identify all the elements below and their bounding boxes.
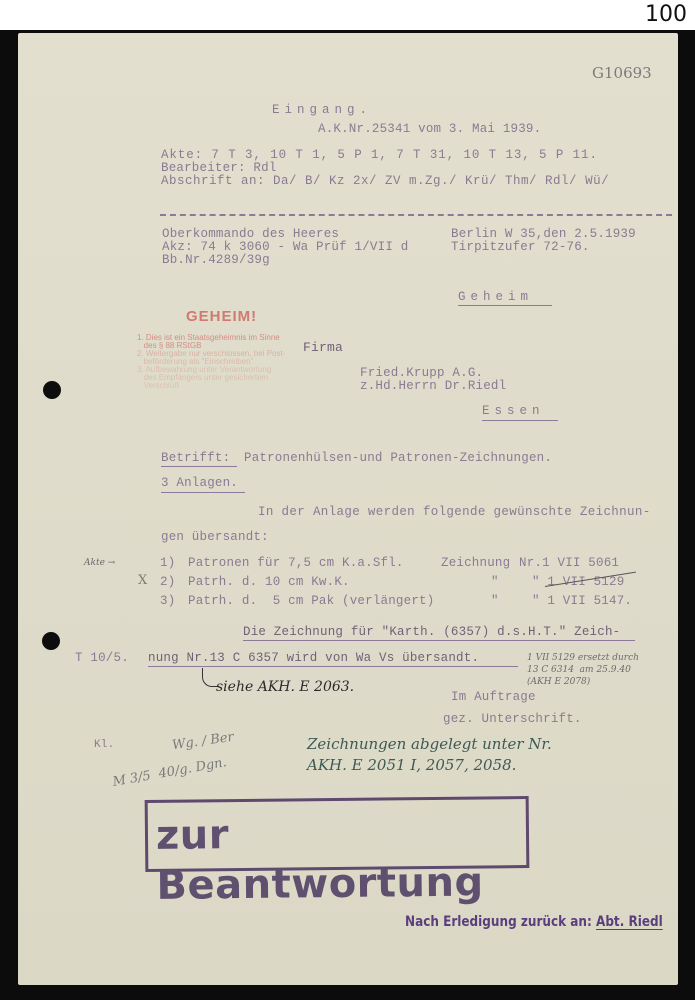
recipient-line-1: Fried.Krupp A.G.: [360, 366, 483, 380]
note-line-2: nung Nr.13 C 6357 wird von Wa Vs übersan…: [148, 651, 479, 665]
page-number: 100: [645, 2, 687, 27]
return-stamp-text: Nach Erledigung zurück an:: [405, 914, 596, 930]
note-line-1-underline: [243, 640, 635, 641]
return-stamp: Nach Erledigung zurück an: Abt. Riedl: [405, 914, 663, 930]
receipt-title: Eingang.: [272, 103, 372, 117]
receipt-copies: Abschrift an: Da/ B/ Kz 2x/ ZV m.Zg./ Kr…: [161, 174, 609, 188]
body-line-2: gen übersandt:: [161, 530, 269, 544]
filing-note-1: Zeichnungen abgelegt unter Nr.: [307, 735, 552, 753]
archive-reference: G10693: [592, 64, 652, 82]
margin-handwriting-3: (AKH E 2078): [527, 677, 590, 687]
return-stamp-department: Abt. Riedl: [596, 914, 663, 930]
recipient-city: Essen: [482, 404, 545, 418]
item-1-drawing-number: Nr.1 VII 5061: [519, 556, 619, 570]
margin-cross-mark: X: [138, 573, 147, 588]
secret-stamp-body: 1. Dies ist ein Staatsgeheimnis im Sinne…: [137, 326, 285, 390]
secret-stamp-line-7: Verschluß: [137, 381, 179, 390]
signature-line-1: Im Auftrage: [451, 690, 536, 704]
item-2-number: 2): [160, 575, 175, 589]
item-2-ditto: ": [491, 575, 499, 589]
header-divider: [160, 214, 672, 216]
recipient-line-2: z.Hd.Herrn Dr.Riedl: [360, 379, 506, 393]
note-line-1: Die Zeichnung für "Karth. (6357) d.s.H.T…: [243, 625, 620, 639]
reply-stamp: zur Beantwortung: [145, 796, 530, 872]
attachments-underline: [161, 492, 245, 493]
city-underline: [482, 420, 558, 421]
body-line-1: In der Anlage werden folgende gewünschte…: [258, 505, 651, 519]
item-1-number: 1): [160, 556, 175, 570]
signature-line-2: gez. Unterschrift.: [443, 712, 582, 726]
item-3-description: Patrh. d. 5 cm Pak (verlängert): [188, 594, 434, 608]
margin-handwriting-1: 1 VII 5129 ersetzt durch: [527, 653, 639, 663]
attachments: 3 Anlagen.: [161, 476, 238, 490]
siehe-reference: siehe AKH. E 2063.: [216, 679, 354, 695]
margin-handwriting-2: 13 C 6314 am 25.9.40: [527, 665, 631, 675]
punch-hole-bottom: [42, 632, 60, 650]
note-line-2-underline: [148, 666, 518, 667]
subject-underline: [161, 466, 237, 467]
sender-line-2: Akz: 74 k 3060 - Wa Prüf 1/VII d: [162, 240, 408, 254]
secret-stamp-title: GEHEIM!: [186, 308, 257, 325]
filing-note-2: AKH. E 2051 I, 2057, 2058.: [307, 756, 516, 774]
item-1-drawing-label: Zeichnung: [441, 556, 510, 570]
place-date-line-1: Berlin W 35,den 2.5.1939: [451, 227, 636, 241]
item-2-description: Patrh. d. 10 cm Kw.K.: [188, 575, 350, 589]
sender-line-1: Oberkommando des Heeres: [162, 227, 339, 241]
classification-underline: [458, 305, 552, 306]
receipt-akte: Akte: 7 T 3, 10 T 1, 5 P 1, 7 T 31, 10 T…: [161, 148, 598, 162]
sender-line-3: Bb.Nr.4289/39g: [162, 253, 270, 267]
receipt-bearbeiter: Bearbeiter: Rdl: [161, 161, 277, 175]
kl-marker: Kl.: [94, 738, 114, 752]
item-3-number: 3): [160, 594, 175, 608]
margin-note-akte: Akte →: [84, 558, 115, 568]
subject-text: Patronenhülsen-und Patronen-Zeichnungen.: [244, 451, 552, 465]
receipt-ak-number: A.K.Nr.25341 vom 3. Mai 1939.: [318, 122, 541, 136]
item-3-ditto: ": [491, 594, 499, 608]
classification: Geheim: [458, 290, 533, 304]
place-date-line-2: Tirpitzufer 72-76.: [451, 240, 590, 254]
punch-hole-top: [43, 381, 61, 399]
reply-stamp-text: zur Beantwortung: [156, 807, 527, 911]
subject-label: Betrifft:: [161, 451, 230, 465]
item-1-description: Patronen für 7,5 cm K.a.Sfl.: [188, 556, 404, 570]
item-3-drawing-number: " 1 VII 5147.: [532, 594, 632, 608]
recipient-label: Firma: [303, 341, 343, 355]
note-prefix: T 10/5.: [75, 651, 129, 665]
item-2-drawing-number: " 1 VII 5129: [532, 575, 624, 589]
